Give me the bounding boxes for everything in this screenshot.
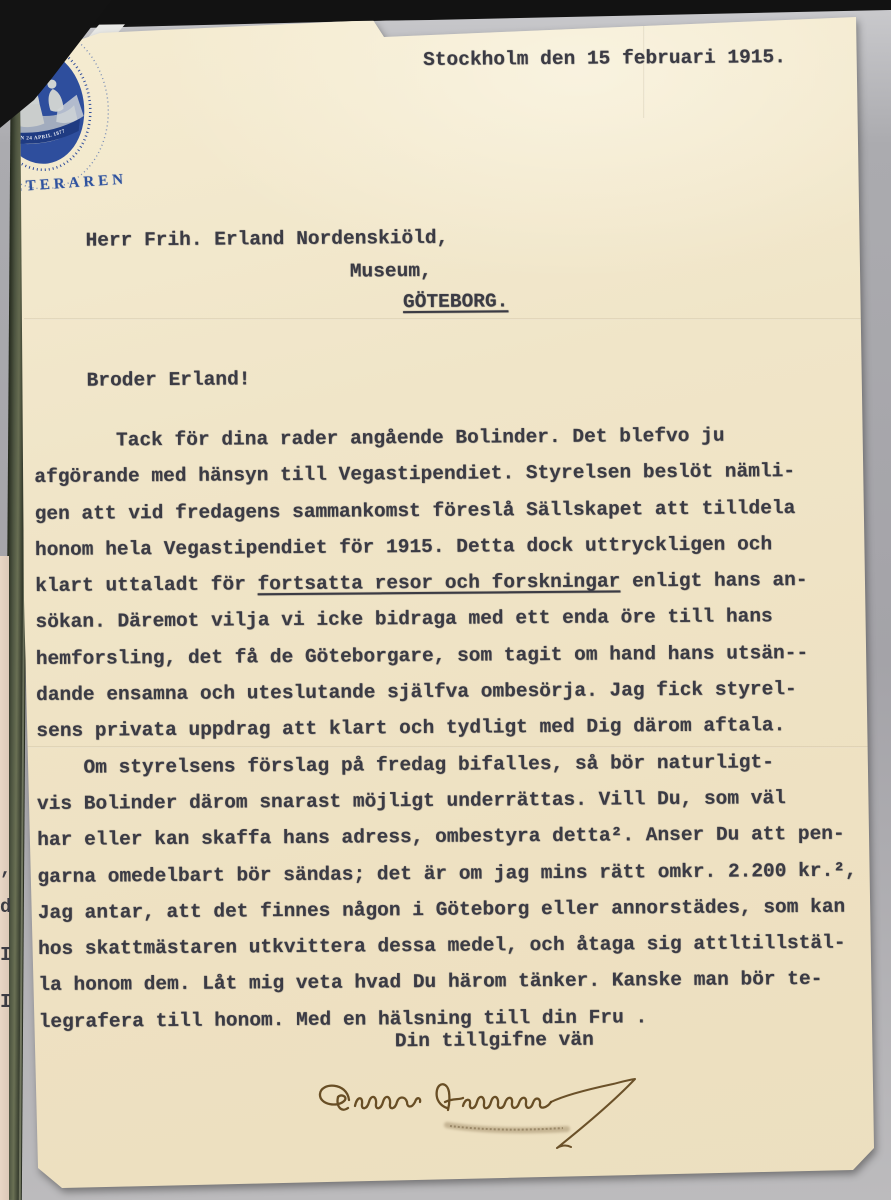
recipient-museum: Museum,: [350, 260, 432, 283]
signature-stroke: [320, 1084, 551, 1110]
signature-flourish: [551, 1079, 635, 1148]
body-line: gen att vid fredagens sammankomst föresl…: [35, 489, 854, 532]
recipient-name: Herr Frih. Erland Nordenskiöld,: [85, 227, 448, 252]
body-line: sens privata uppdrag att klart och tydli…: [36, 707, 855, 750]
body-line: la honom dem. Låt mig veta hvad Du härom…: [38, 961, 857, 1004]
letter-paper: DEN 24 APRIL 1877 R ANTROPOLOGI OCH GEOG…: [0, 0, 891, 1200]
letter-body: Tack för dina rader angående Bolinder. D…: [34, 417, 858, 1040]
closing-line: Din tillgifne vän: [395, 1029, 594, 1053]
body-line: afgörande med hänsyn till Vegastipendiet…: [34, 453, 853, 496]
body-line: garna omedelbart bör sändas; det är om j…: [37, 852, 856, 895]
signature: Gunnar Andersson: [295, 1058, 665, 1178]
salutation: Broder Erland!: [87, 368, 251, 391]
body-line: har eller kan skaffa hans adress, ombest…: [37, 816, 856, 859]
typed-content: Stockholm den 15 februari 1915. Herr Fri…: [0, 0, 891, 1200]
recipient-city-text: GÖTEBORG.: [403, 290, 508, 313]
scanned-letter-page: , d I I: [0, 0, 891, 1200]
date-line: Stockholm den 15 februari 1915.: [423, 46, 786, 71]
recipient-city: GÖTEBORG.: [403, 290, 508, 313]
body-line: sökan. Däremot vilja vi icke bidraga med…: [35, 598, 854, 641]
